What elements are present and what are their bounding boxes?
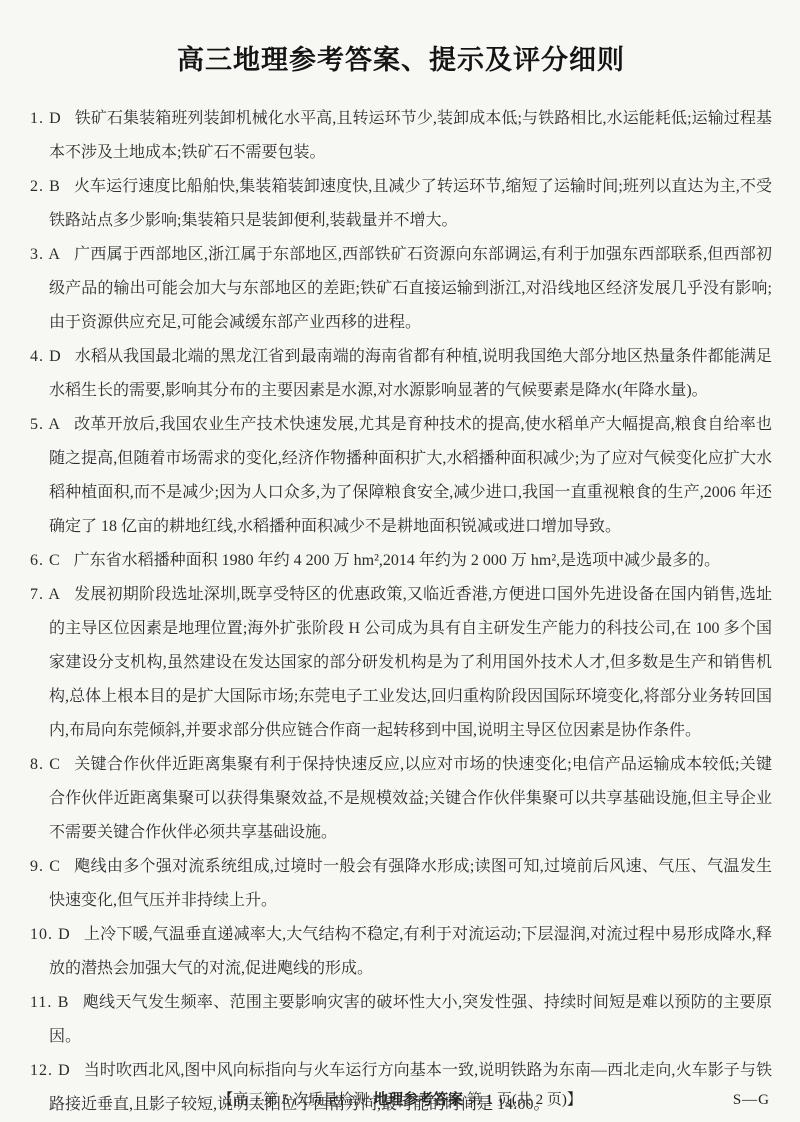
footer-exam-name: 【高三第 5 次质量检测· bbox=[218, 1092, 373, 1108]
answer-number-3: 3. A bbox=[30, 246, 61, 263]
answer-explanation-5: 改革开放后,我国农业生产技术快速发展,尤其是育种技术的提高,使水稻单产大幅提高,… bbox=[49, 416, 772, 535]
answer-explanation-8: 关键合作伙伴近距离集聚有利于保持快速反应,以应对市场的快速变化;电信产品运输成本… bbox=[49, 756, 772, 841]
answer-number-11: 11. B bbox=[30, 994, 69, 1011]
answer-explanation-2: 火车运行速度比船舶快,集装箱装卸速度快,且减少了转运环节,缩短了运输时间;班列以… bbox=[49, 178, 772, 229]
page-footer: 【高三第 5 次质量检测·地理参考答案 第 1 页(共 2 页)】 S—G bbox=[0, 1088, 800, 1109]
answer-sheet-page: 高三地理参考答案、提示及评分细则 1. D铁矿石集装箱班列装卸机械化水平高,且转… bbox=[0, 0, 800, 1122]
answer-number-5: 5. A bbox=[30, 416, 61, 433]
answer-number-2: 2. B bbox=[30, 178, 61, 195]
answer-item-6: 6. C广东省水稻播种面积 1980 年约 4 200 万 hm²,2014 年… bbox=[30, 544, 772, 578]
answer-item-4: 4. D水稻从我国最北端的黑龙江省到最南端的海南省都有种植,说明我国绝大部分地区… bbox=[30, 340, 772, 408]
answer-item-7: 7. A发展初期阶段选址深圳,既享受特区的优惠政策,又临近香港,方便进口国外先进… bbox=[30, 578, 772, 748]
answer-item-2: 2. B火车运行速度比船舶快,集装箱装卸速度快,且减少了转运环节,缩短了运输时间… bbox=[30, 170, 772, 238]
answer-number-10: 10. D bbox=[30, 926, 71, 943]
answer-explanation-9: 飑线由多个强对流系统组成,过境时一般会有强降水形成;读图可知,过境前后风速、气压… bbox=[49, 858, 772, 909]
answer-item-8: 8. C关键合作伙伴近距离集聚有利于保持快速反应,以应对市场的快速变化;电信产品… bbox=[30, 748, 772, 850]
answer-number-1: 1. D bbox=[30, 110, 62, 127]
answer-number-8: 8. C bbox=[30, 756, 61, 773]
answer-number-4: 4. D bbox=[30, 348, 62, 365]
answer-explanation-11: 飑线天气发生频率、范围主要影响灾害的破坏性大小,突发性强、持续时间短是难以预防的… bbox=[49, 994, 772, 1045]
answer-explanation-1: 铁矿石集装箱班列装卸机械化水平高,且转运环节少,装卸成本低;与铁路相比,水运能耗… bbox=[49, 110, 772, 161]
answer-item-3: 3. A广西属于西部地区,浙江属于东部地区,西部铁矿石资源向东部调运,有利于加强… bbox=[30, 238, 772, 340]
answer-explanation-10: 上冷下暖,气温垂直递减率大,大气结构不稳定,有利于对流运动;下层湿润,对流过程中… bbox=[49, 926, 772, 977]
answer-item-10: 10. D上冷下暖,气温垂直递减率大,大气结构不稳定,有利于对流运动;下层湿润,… bbox=[30, 918, 772, 986]
answer-number-6: 6. C bbox=[30, 552, 61, 569]
answer-number-7: 7. A bbox=[30, 586, 61, 603]
answers-list: 1. D铁矿石集装箱班列装卸机械化水平高,且转运环节少,装卸成本低;与铁路相比,… bbox=[30, 102, 772, 1122]
footer-page-number: 第 1 页(共 2 页)】 bbox=[463, 1092, 582, 1108]
page-title: 高三地理参考答案、提示及评分细则 bbox=[30, 38, 772, 77]
answer-number-12: 12. D bbox=[30, 1062, 71, 1079]
footer-subject: 地理参考答案 bbox=[373, 1092, 463, 1108]
answer-explanation-3: 广西属于西部地区,浙江属于东部地区,西部铁矿石资源向东部调运,有利于加强东西部联… bbox=[49, 246, 772, 331]
answer-explanation-7: 发展初期阶段选址深圳,既享受特区的优惠政策,又临近香港,方便进口国外先进设备在国… bbox=[49, 586, 772, 739]
answer-item-5: 5. A改革开放后,我国农业生产技术快速发展,尤其是育种技术的提高,使水稻单产大… bbox=[30, 408, 772, 544]
answer-item-11: 11. B飑线天气发生频率、范围主要影响灾害的破坏性大小,突发性强、持续时间短是… bbox=[30, 986, 772, 1054]
answer-explanation-6: 广东省水稻播种面积 1980 年约 4 200 万 hm²,2014 年约为 2… bbox=[74, 552, 721, 569]
answer-explanation-4: 水稻从我国最北端的黑龙江省到最南端的海南省都有种植,说明我国绝大部分地区热量条件… bbox=[49, 348, 772, 399]
answer-item-1: 1. D铁矿石集装箱班列装卸机械化水平高,且转运环节少,装卸成本低;与铁路相比,… bbox=[30, 102, 772, 170]
footer-caption: 【高三第 5 次质量检测·地理参考答案 第 1 页(共 2 页)】 bbox=[218, 1092, 582, 1108]
answer-item-9: 9. C飑线由多个强对流系统组成,过境时一般会有强降水形成;读图可知,过境前后风… bbox=[30, 850, 772, 918]
answer-number-9: 9. C bbox=[30, 858, 61, 875]
paper-code: S—G bbox=[733, 1092, 770, 1109]
